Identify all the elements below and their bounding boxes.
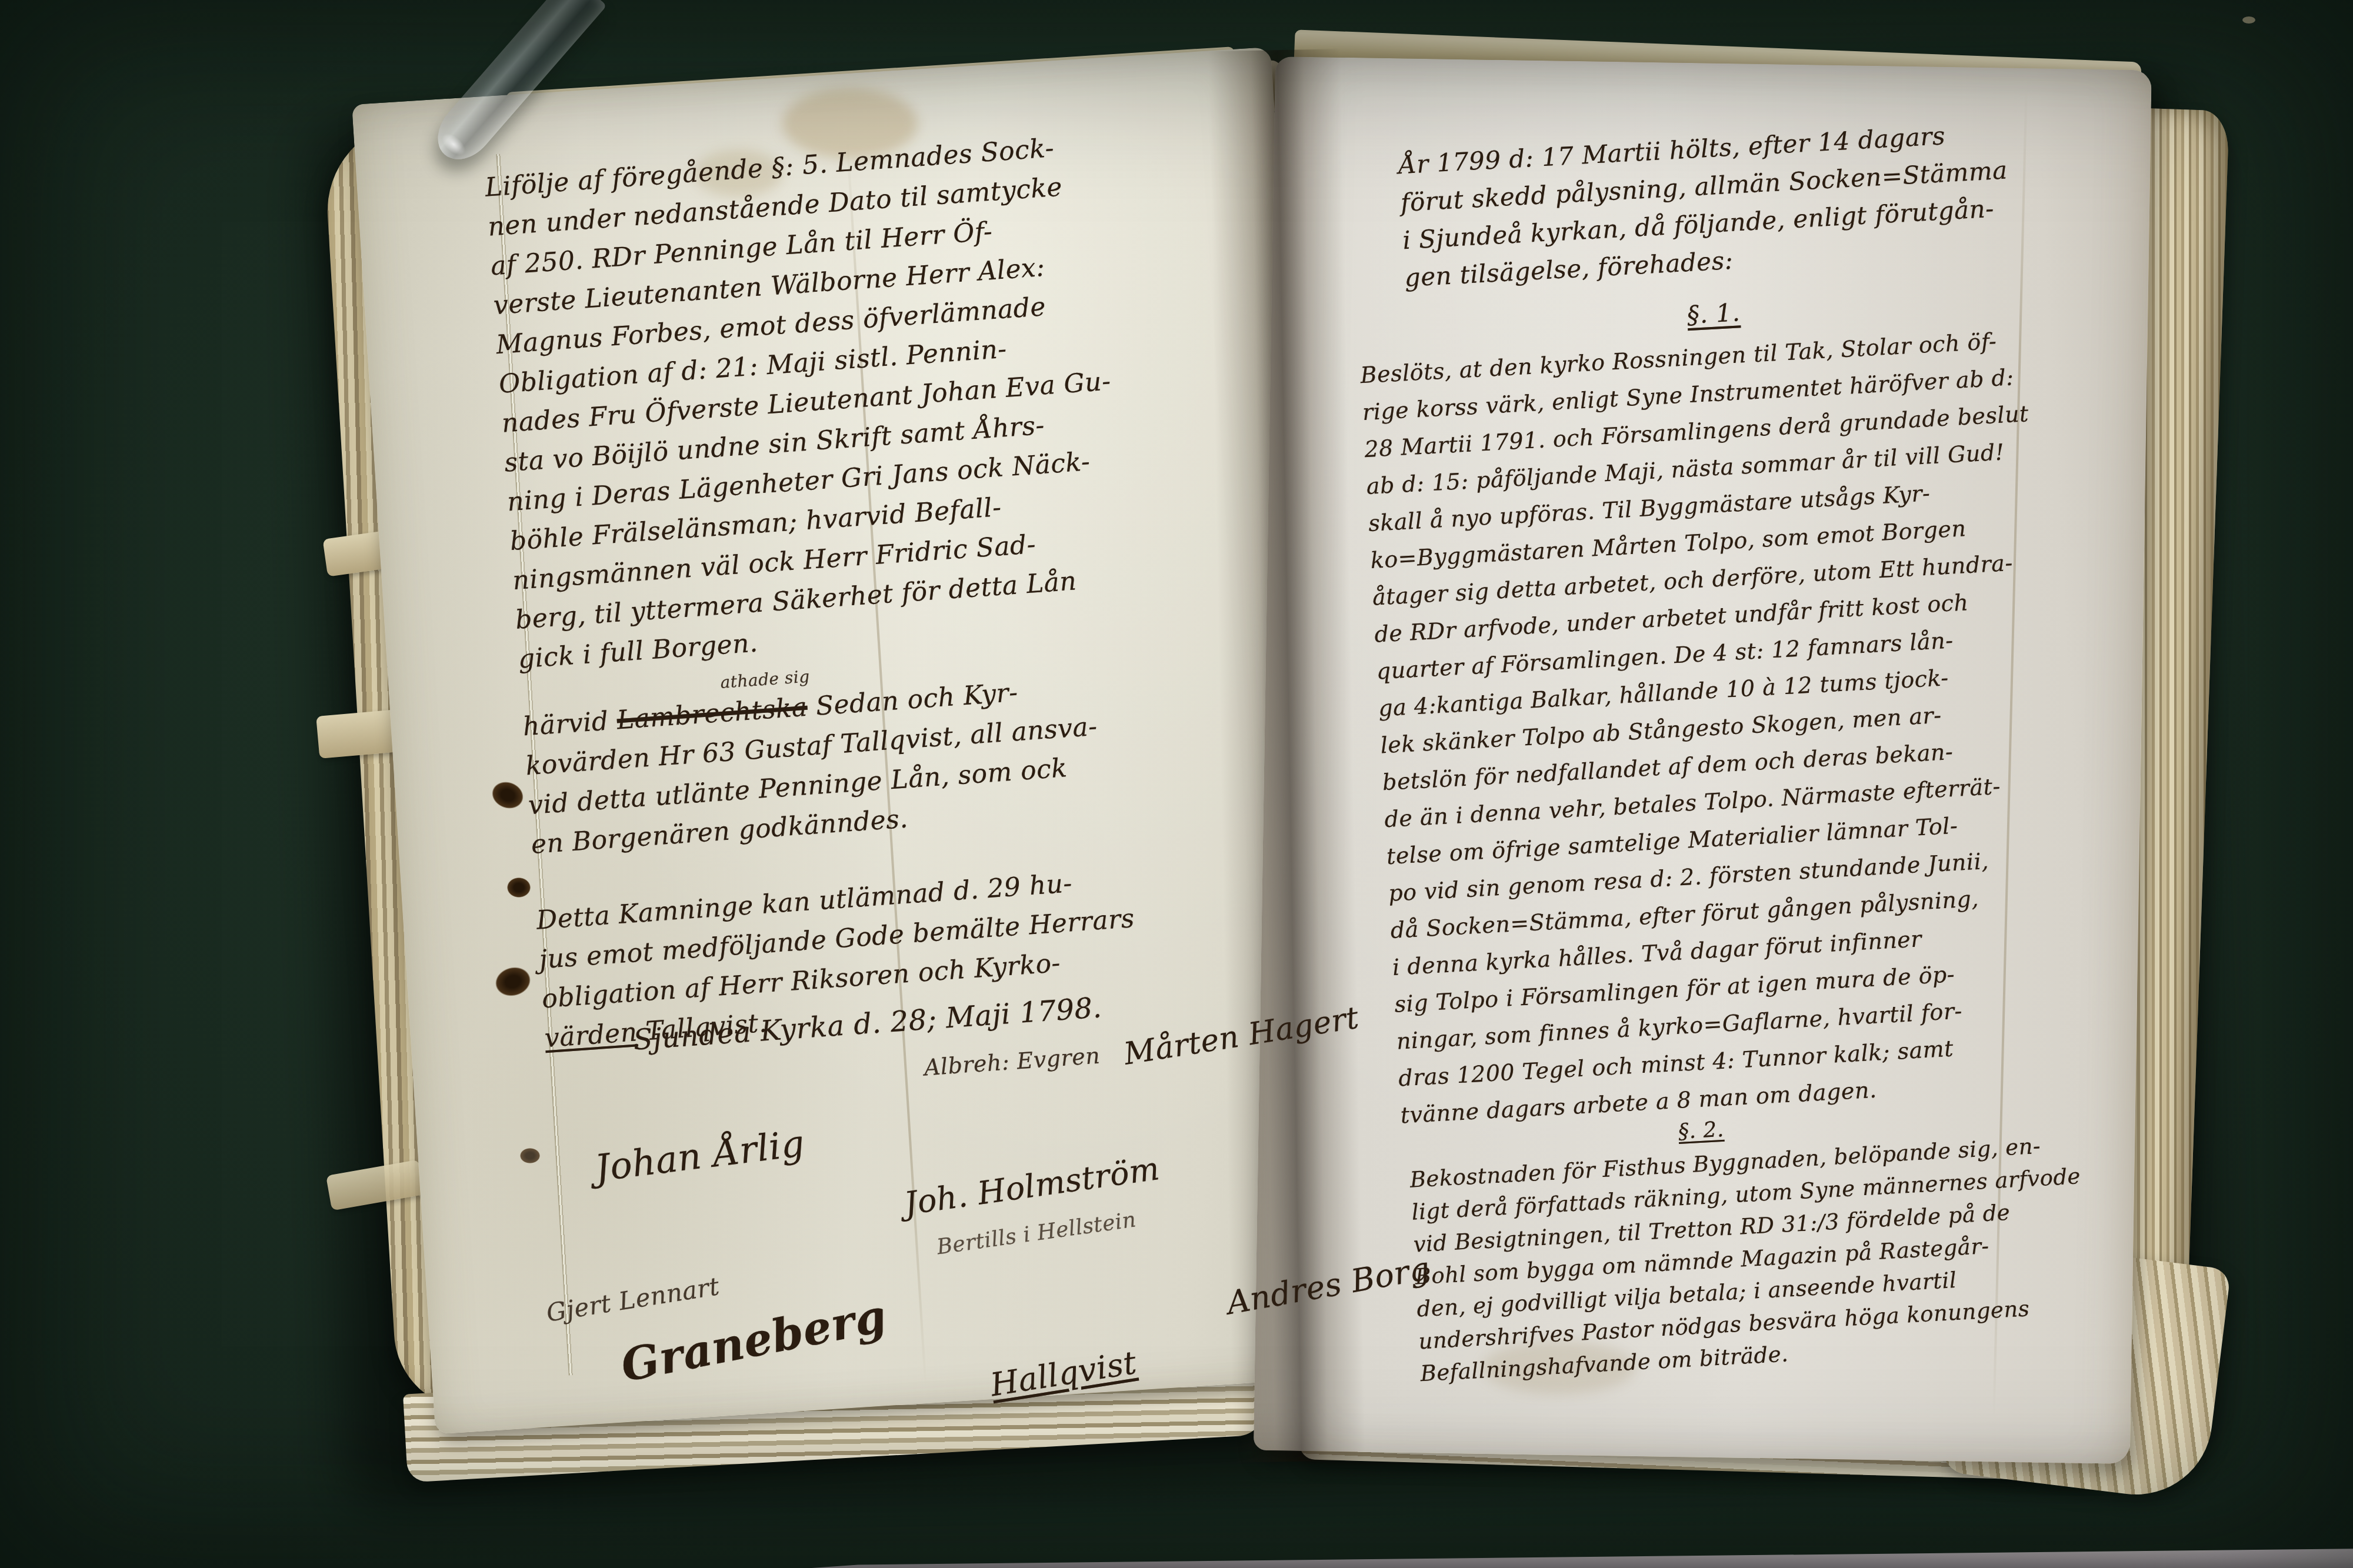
signature: Gjert Lennart	[544, 1272, 721, 1327]
strike-line-before: härvid	[522, 705, 618, 742]
signature: Johan Årlig	[592, 1122, 806, 1190]
underlined-word: värden	[544, 1017, 638, 1053]
signature: Hallqvist	[988, 1344, 1139, 1403]
left-paragraph-surety: athade sighärvid Lambrechtska Sedan och …	[522, 668, 1104, 865]
felt-speck	[2242, 16, 2255, 24]
right-page-text: År 1799 d: 17 Martii hölts, efter 14 dag…	[1347, 87, 2206, 1451]
ink-blot	[520, 1148, 540, 1163]
signature: Mårten Hagert	[1121, 1000, 1361, 1072]
signature: Bertills i Hellstein	[935, 1207, 1138, 1259]
meeting-heading: År 1799 d: 17 Martii hölts, efter 14 dag…	[1398, 114, 2012, 297]
photo-stage: Lifölje af föregående §: 5. Lemnades Soc…	[0, 0, 2353, 1568]
left-page-text: Lifölje af föregående §: 5. Lemnades Soc…	[482, 89, 1397, 1467]
clerk-signature: Albreh: Evgren	[923, 1043, 1101, 1081]
ink-blot	[507, 878, 531, 898]
left-paragraph-loan: Lifölje af föregående §: 5. Lemnades Soc…	[484, 126, 1129, 679]
section-1-label: §. 1.	[1687, 298, 1741, 329]
inserted-correction: athade sig	[720, 668, 811, 691]
section-2-paragraph: Bekostnaden för Fisthus Byggnaden, belöp…	[1409, 1127, 2090, 1390]
section-2-label: §. 2.	[1678, 1117, 1725, 1144]
section-1-paragraph: Beslöts, at den kyrko Rossningen til Tak…	[1359, 321, 2066, 1134]
table-surface-strip	[812, 1544, 2353, 1568]
